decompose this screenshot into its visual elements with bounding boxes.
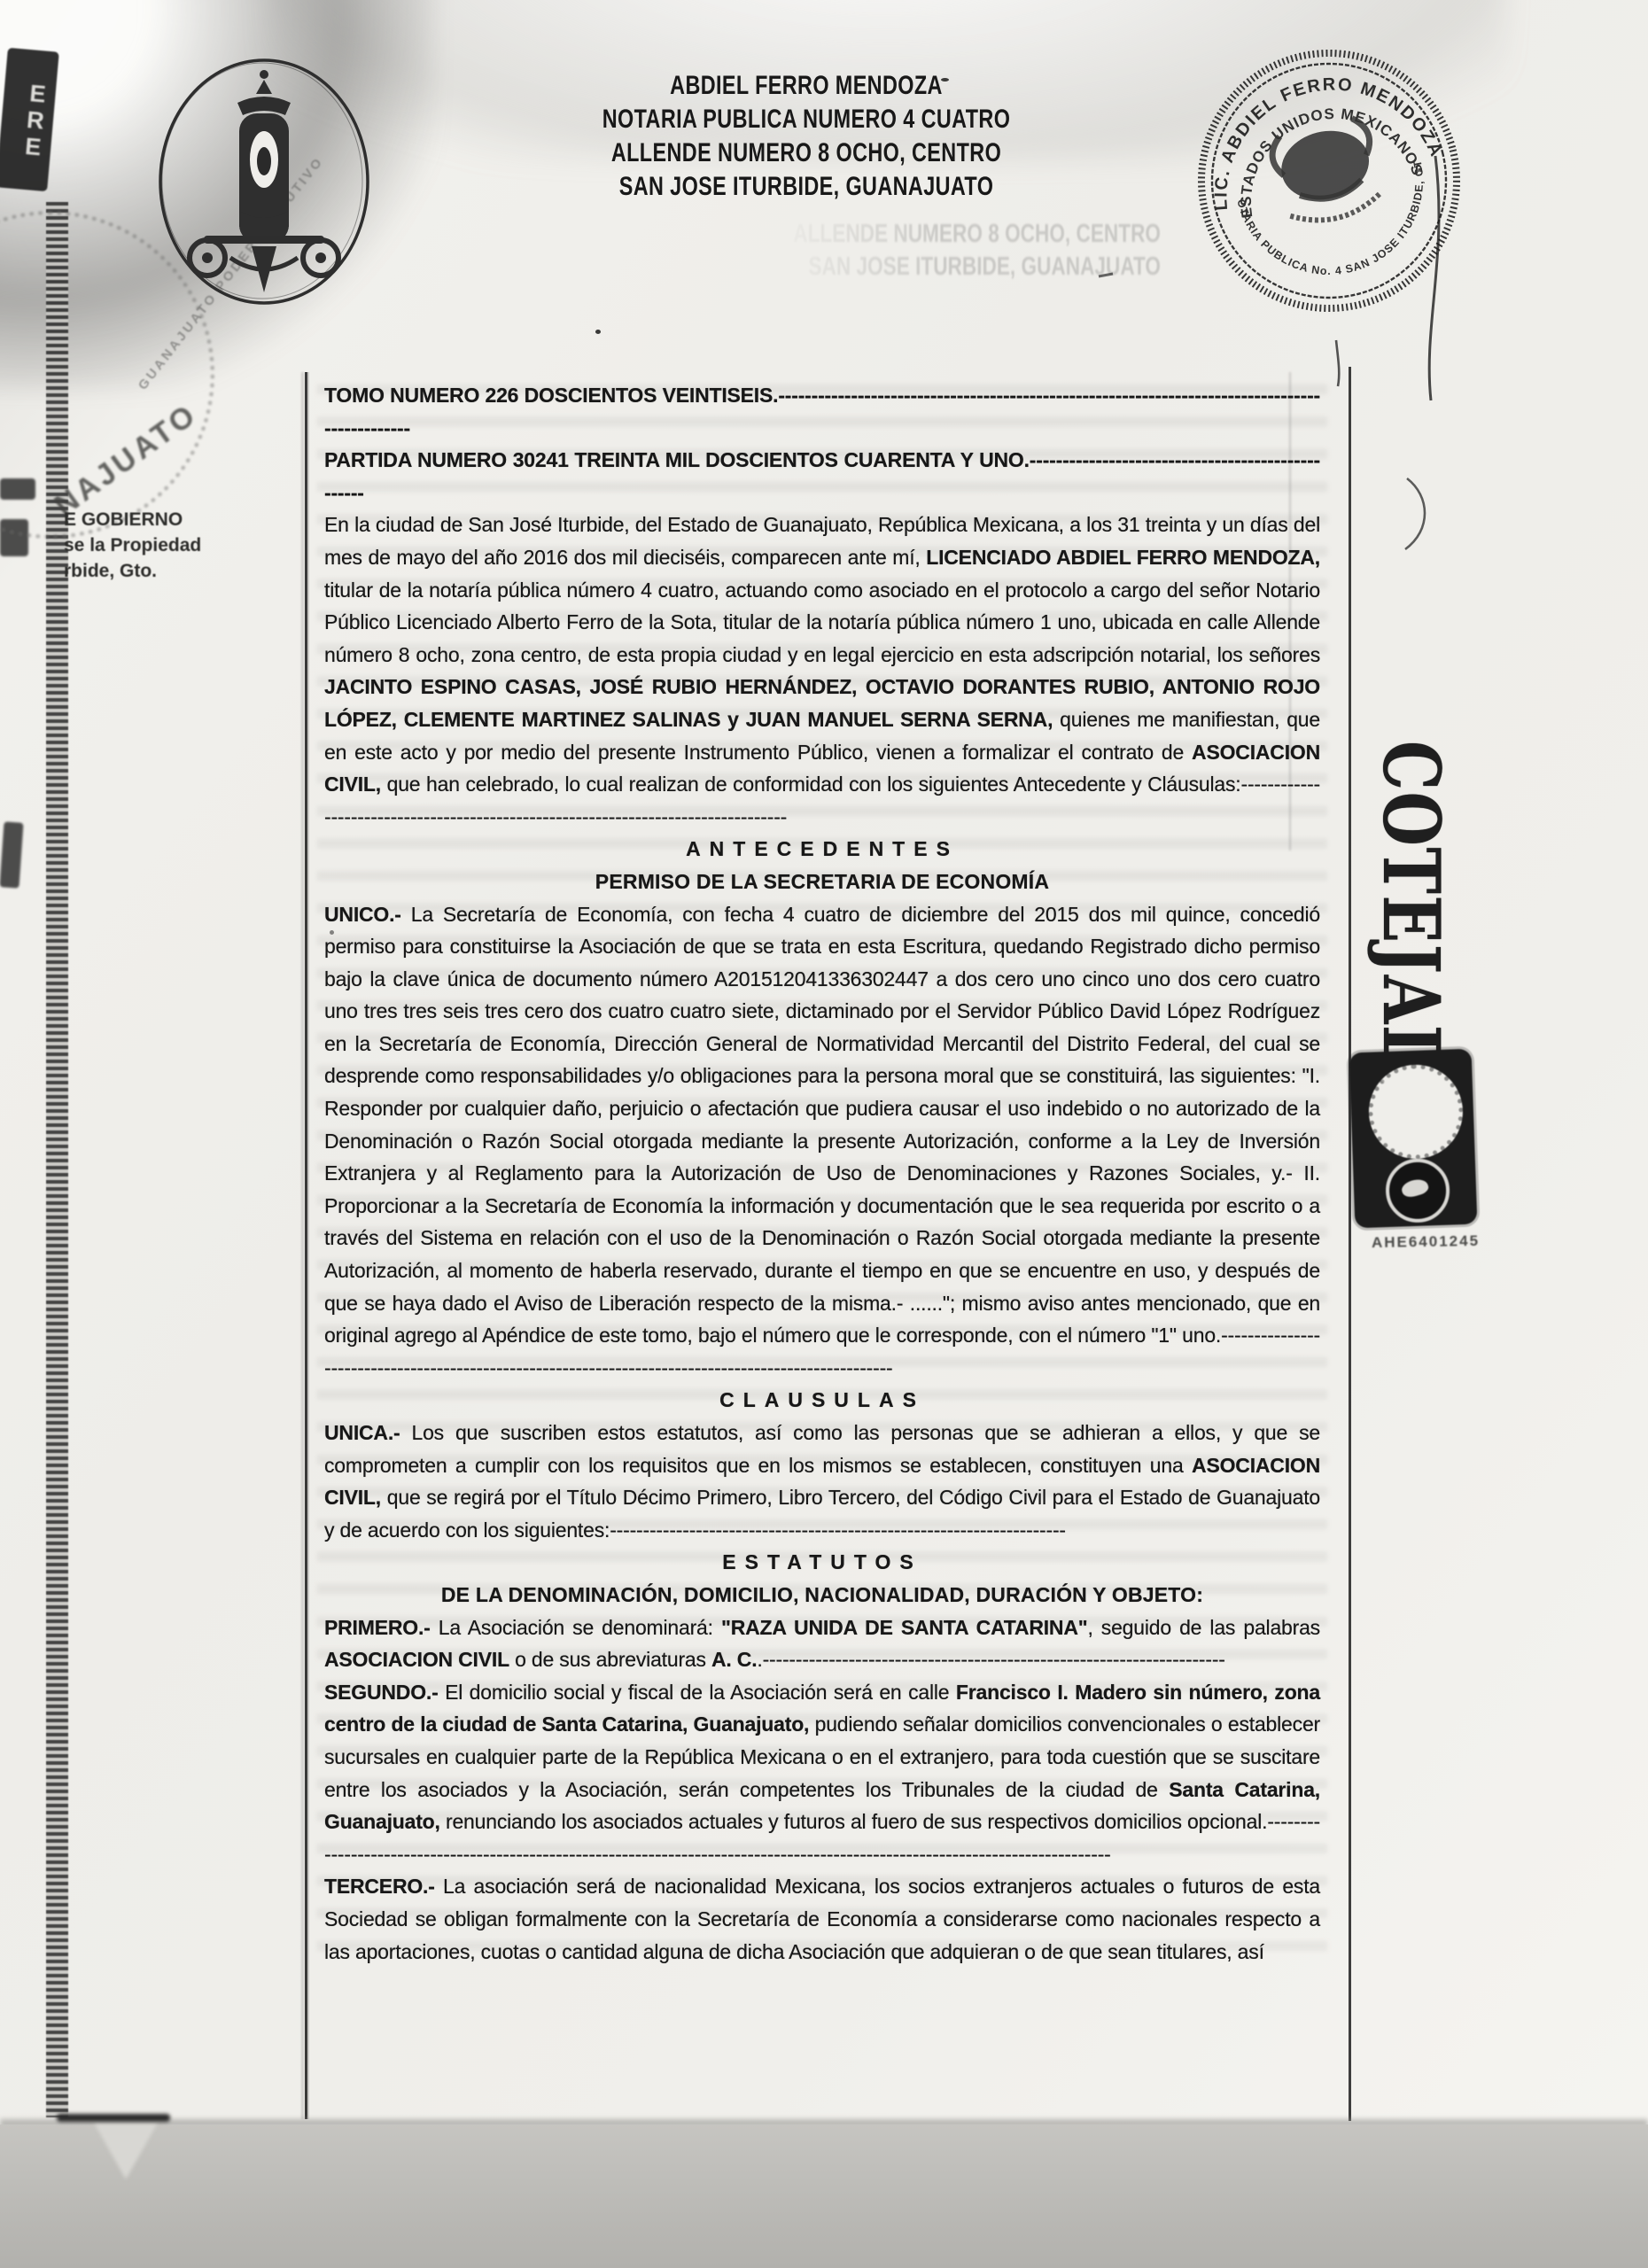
body-paragraph: TOMO NUMERO 226 DOSCIENTOS VEINTISEIS.--… [324, 379, 1320, 444]
page-corner-notch [94, 2123, 158, 2179]
body-paragraph: UNICA.- Los que suscriben estos estatuto… [324, 1417, 1320, 1546]
registry-stamp-line: se la Propiedad [64, 532, 201, 558]
registry-stamp-line: E GOBIERNO [64, 507, 201, 532]
notary-address: ALLENDE NUMERO 8 OCHO, CENTRO [537, 136, 1076, 170]
scan-speck [595, 330, 601, 334]
sticker-serial: AHE6401245 [1350, 1232, 1501, 1253]
section-heading: ESTATUTOS [324, 1546, 1320, 1579]
section-heading: CLAUSULAS [324, 1384, 1320, 1417]
body-paragraph: En la ciudad de San José Iturbide, del E… [324, 509, 1320, 833]
registry-stamp-text: E GOBIERNO se la Propiedad rbide, Gto. [64, 507, 201, 584]
ghost-line: ALLENDE NUMERO 8 OCHO, CENTRO [628, 218, 1161, 251]
left-margin-rule [305, 372, 307, 2119]
notary-office: NOTARIA PUBLICA NUMERO 4 CUATRO [537, 103, 1076, 136]
letterhead: ABDIEL FERRO MENDOZA NOTARIA PUBLICA NUM… [537, 69, 1076, 204]
section-heading: DE LA DENOMINACIÓN, DOMICILIO, NACIONALI… [324, 1579, 1320, 1612]
scanned-notarial-deed: ERE GUANAJUATO PODER EJECUTIVO NAJUATO E… [0, 0, 1648, 2268]
scan-speck [941, 78, 949, 82]
sticker-seal-circle [1367, 1063, 1465, 1161]
body-paragraph: TERCERO.- La asociación será de nacional… [324, 1870, 1320, 1968]
ghost-line: SAN JOSE ITURBIDE, GUANAJUATO [628, 251, 1161, 283]
body-paragraph: PARTIDA NUMERO 30241 TREINTA MIL DOSCIEN… [324, 444, 1320, 509]
ink-artifact [57, 2114, 170, 2122]
notary-crest-seal [152, 51, 376, 312]
body-paragraph: SEGUNDO.- El domicilio social y fiscal d… [324, 1676, 1320, 1871]
scanner-background [0, 2124, 1648, 2268]
security-sticker [1349, 1049, 1478, 1229]
section-heading: PERMISO DE LA SECRETARIA DE ECONOMÍA [324, 866, 1320, 898]
deed-text: TOMO NUMERO 226 DOSCIENTOS VEINTISEIS.--… [324, 379, 1320, 1968]
notary-city: SAN JOSE ITURBIDE, GUANAJUATO [537, 170, 1076, 204]
letterhead-bleedthrough: ALLENDE NUMERO 8 OCHO, CENTRO SAN JOSE I… [628, 218, 1161, 283]
notary-name: ABDIEL FERRO MENDOZA [537, 69, 1076, 103]
registry-stamp-line: rbide, Gto. [64, 558, 201, 584]
body-paragraph: PRIMERO.- La Asociación se denominará: "… [324, 1612, 1320, 1676]
body-paragraph: UNICO.- La Secretaría de Economía, con f… [324, 898, 1320, 1385]
sticker-eagle-icon [1385, 1158, 1450, 1223]
section-heading: ANTECEDENTES [324, 833, 1320, 866]
